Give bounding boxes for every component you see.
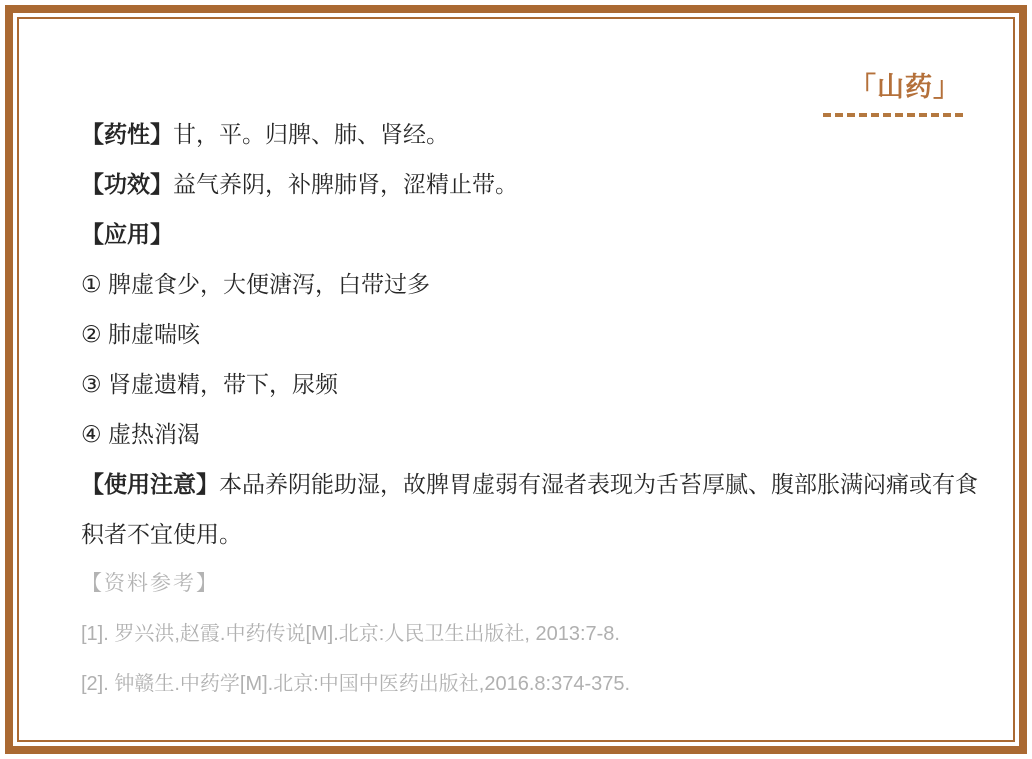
section-label: 【使用注意】 bbox=[81, 471, 219, 497]
application-item: ② 肺虚喘咳 bbox=[81, 309, 991, 359]
section-gongxiao: 【功效】益气养阴，补脾肺肾，涩精止带。 bbox=[81, 159, 991, 209]
section-yingyong: 【应用】 bbox=[81, 209, 991, 259]
application-item: ④ 虚热消渴 bbox=[81, 409, 991, 459]
section-text: 益气养阴，补脾肺肾，涩精止带。 bbox=[173, 171, 518, 197]
application-text: ④ 虚热消渴 bbox=[81, 421, 200, 447]
reference-item: [2]. 钟赣生.中药学[M].北京:中国中医药出版社,2016.8:374-3… bbox=[81, 659, 991, 709]
outer-border-frame: 「山药」 【药性】甘，平。归脾、肺、肾经。 【功效】益气养阴，补脾肺肾，涩精止带… bbox=[5, 5, 1027, 754]
section-yaoxing: 【药性】甘，平。归脾、肺、肾经。 bbox=[81, 109, 991, 159]
application-text: ① 脾虚食少，大便溏泻，白带过多 bbox=[81, 271, 430, 297]
section-text: 甘，平。归脾、肺、肾经。 bbox=[173, 121, 449, 147]
application-text: ③ 肾虚遗精，带下，尿频 bbox=[81, 371, 338, 397]
application-text: ② 肺虚喘咳 bbox=[81, 321, 200, 347]
section-shiyongzhuyi: 【使用注意】本品养阴能助湿，故脾胃虚弱有湿者表现为舌苔厚腻、腹部胀满闷痛或有食积… bbox=[81, 459, 991, 559]
section-label: 【应用】 bbox=[81, 221, 173, 247]
application-item: ③ 肾虚遗精，带下，尿频 bbox=[81, 359, 991, 409]
section-label: 【药性】 bbox=[81, 121, 173, 147]
application-item: ① 脾虚食少，大便溏泻，白带过多 bbox=[81, 259, 991, 309]
document-page: 「山药」 【药性】甘，平。归脾、肺、肾经。 【功效】益气养阴，补脾肺肾，涩精止带… bbox=[0, 0, 1032, 759]
inner-border-frame: 「山药」 【药性】甘，平。归脾、肺、肾经。 【功效】益气养阴，补脾肺肾，涩精止带… bbox=[17, 17, 1015, 742]
document-content: 【药性】甘，平。归脾、肺、肾经。 【功效】益气养阴，补脾肺肾，涩精止带。 【应用… bbox=[81, 109, 991, 709]
section-label: 【功效】 bbox=[81, 171, 173, 197]
reference-item: [1]. 罗兴洪,赵霞.中药传说[M].北京:人民卫生出版社, 2013:7-8… bbox=[81, 609, 991, 659]
references-header: 【资料参考】 bbox=[81, 559, 991, 609]
